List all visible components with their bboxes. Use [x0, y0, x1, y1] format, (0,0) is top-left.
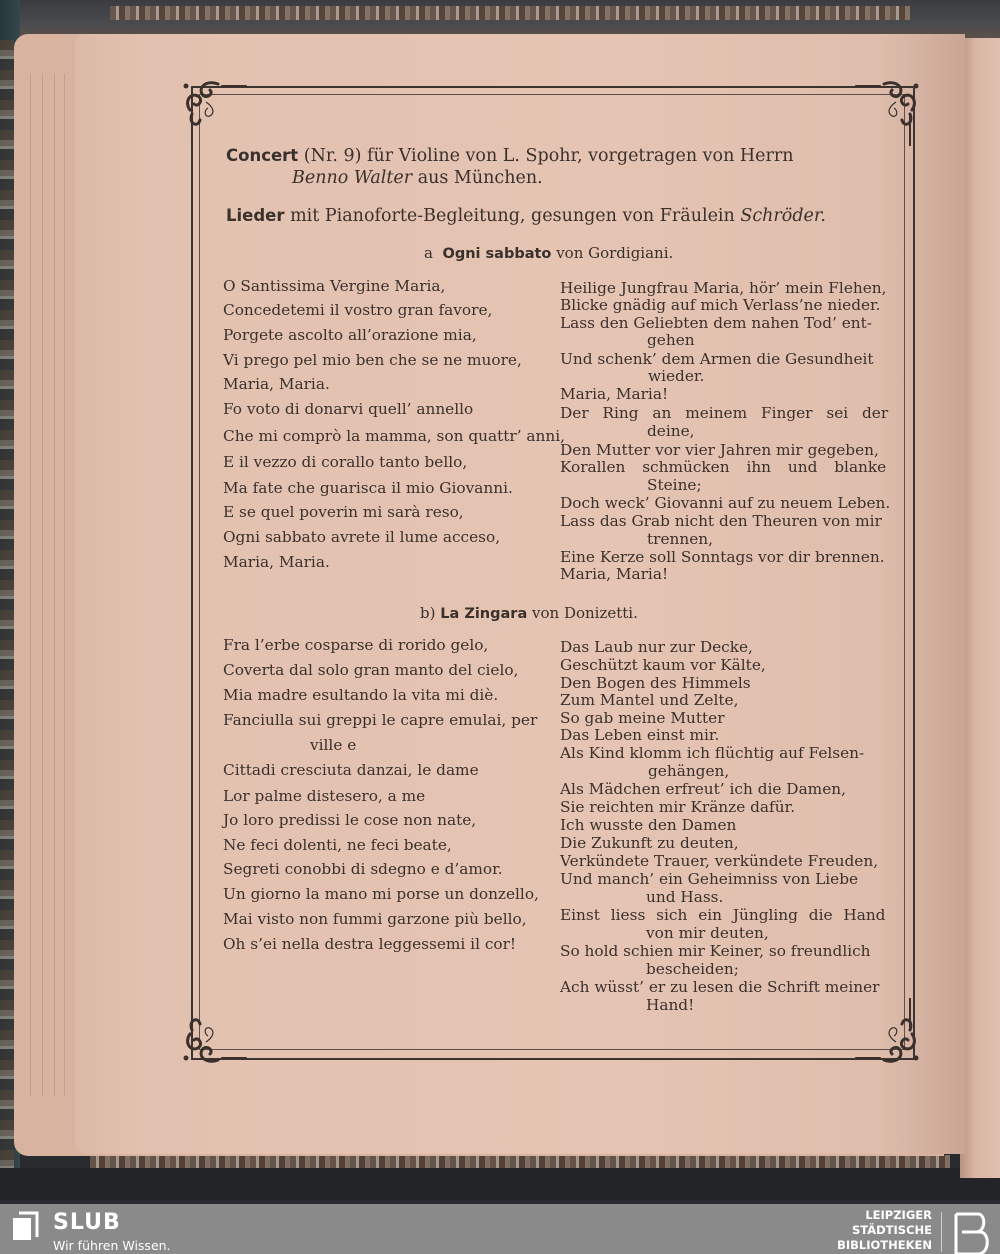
concert-text: (Nr. 9) für Violine von L. Spohr, vorget…: [304, 146, 794, 166]
verse-line: Eine Kerze soll Sonntags vor dir brennen…: [560, 550, 885, 565]
verse-line: Heilige Jungfrau Maria, hör’ mein Flehen…: [560, 281, 887, 296]
verse-line: Und schenk’ dem Armen die Gesundheit: [560, 352, 874, 367]
corner-ornament-icon: [178, 76, 248, 146]
slub-tagline: Wir führen Wissen.: [53, 1238, 171, 1253]
verse-line: Fo voto di donarvi quell’ annello: [223, 402, 473, 417]
verse-line: O Santissima Vergine Maria,: [223, 279, 445, 294]
lieder-text: mit Pianoforte-Begleitung, gesungen von …: [290, 206, 735, 226]
concert-label: Concert: [226, 146, 298, 165]
verse-line: Segreti conobbi di sdegno e d’amor.: [223, 862, 503, 877]
song-b-composer: von Donizetti.: [532, 604, 638, 622]
verse-line: Coverta dal solo gran manto del cielo,: [223, 663, 518, 678]
verse-line: Fra l’erbe cosparse di rorido gelo,: [223, 638, 488, 653]
verse-line: und Hass.: [646, 890, 723, 905]
page-edge-line: [54, 74, 55, 1096]
verse-line: Der Ring an meinem Finger sei der: [560, 406, 888, 421]
verse-line: Den Mutter vor vier Jahren mir gegeben,: [560, 443, 879, 458]
verse-line: Fanciulla sui greppi le capre emulai, pe…: [223, 713, 537, 728]
lieder-heading: Lieder mit Pianoforte-Begleitung, gesung…: [226, 208, 826, 226]
brand-line: LEIPZIGER: [837, 1208, 932, 1223]
verse-line: Maria, Maria.: [223, 555, 330, 570]
song-a-composer: von Gordigiani.: [556, 244, 673, 262]
song-a-heading: a Ogni sabbato von Gordigiani.: [424, 246, 673, 262]
corner-ornament-icon: [178, 998, 248, 1068]
footer-bar: SLUB Wir führen Wissen. LEIPZIGER STÄDTI…: [0, 1204, 1000, 1254]
slub-brand[interactable]: SLUB: [53, 1210, 121, 1235]
marbled-edge-top: [110, 6, 910, 20]
verse-line: Lor palme distesero, a me: [223, 789, 425, 804]
verse-line: Porgete ascolto all’orazione mia,: [223, 328, 477, 343]
concert-performer-line: Benno Walter aus München.: [292, 170, 543, 188]
song-a-marker: a: [424, 244, 433, 262]
verse-line: Concedetemi il vostro gran favore,: [223, 303, 492, 318]
verse-line: wieder.: [648, 369, 704, 384]
verse-line: Un giorno la mano mi porse un donzello,: [223, 887, 539, 902]
page-edge-line: [42, 74, 43, 1096]
lieder-label: Lieder: [226, 206, 285, 225]
verse-line: Mia madre esultando la vita mi diè.: [223, 688, 498, 703]
verse-line: So gab meine Mutter: [560, 711, 725, 726]
verse-line: Maria, Maria!: [560, 387, 668, 402]
verse-line: Korallen schmücken ihn und blanke: [560, 460, 886, 475]
verse-line: von mir deuten,: [646, 926, 769, 941]
verse-line: Geschützt kaum vor Kälte,: [560, 658, 766, 673]
verse-line: So hold schien mir Keiner, so freundlich: [560, 944, 871, 959]
verse-line: Das Laub nur zur Decke,: [560, 640, 753, 655]
verse-line: Che mi comprò la mamma, son quattr’ anni…: [223, 429, 565, 444]
verse-line: deine,: [647, 424, 695, 439]
verse-line: E se quel poverin mi sarà reso,: [223, 505, 464, 520]
verse-line: Sie reichten mir Kränze dafür.: [560, 800, 795, 815]
verse-line: Ne feci dolenti, ne feci beate,: [223, 838, 452, 853]
verse-line: Vi prego pel mio ben che se ne muore,: [223, 353, 522, 368]
verse-line: Als Mädchen erfreut’ ich die Damen,: [560, 782, 846, 797]
verse-line: Als Kind klomm ich flüchtig auf Felsen-: [560, 746, 864, 761]
page-edge-line: [30, 74, 31, 1096]
verse-line: Ma fate che guarisca il mio Giovanni.: [223, 481, 513, 496]
facing-page-edge: [960, 38, 1000, 1178]
verse-line: Mai visto non fummi garzone più bello,: [223, 912, 527, 927]
verse-line: Lass den Geliebten dem nahen Tod’ ent-: [560, 316, 872, 331]
concert-heading: Concert (Nr. 9) für Violine von L. Spohr…: [226, 148, 876, 166]
verse-line: Steine;: [647, 478, 702, 493]
footer-divider: [941, 1212, 942, 1252]
singer-name: Schröder.: [740, 206, 826, 226]
verse-line: E il vezzo di corallo tanto bello,: [223, 455, 467, 470]
verse-line: Blicke gnädig auf mich Verlass’ne nieder…: [560, 298, 881, 313]
performer-origin: aus München.: [418, 168, 543, 188]
page-edge-line: [64, 74, 65, 1096]
verse-line: Zum Mantel und Zelte,: [560, 693, 738, 708]
brand-line: STÄDTISCHE: [837, 1223, 932, 1238]
verse-line: Maria, Maria!: [560, 567, 668, 582]
verse-line: gehängen,: [648, 764, 729, 779]
book-cover-bottom: [0, 1168, 1000, 1200]
verse-line: Ogni sabbato avrete il lume acceso,: [223, 530, 500, 545]
verse-line: Verkündete Trauer, verkündete Freuden,: [560, 854, 878, 869]
verse-line: Oh s’ei nella destra leggessemi il cor!: [223, 937, 516, 952]
verse-line: bescheiden;: [646, 962, 739, 977]
verse-line: Die Zukunft zu deuten,: [560, 836, 739, 851]
verse-line: Ach wüsst’ er zu lesen die Schrift meine…: [560, 980, 879, 995]
verse-line: Lass das Grab nicht den Theuren von mir: [560, 514, 882, 529]
verse-line: trennen,: [647, 532, 713, 547]
brand-line: BIBLIOTHEKEN: [837, 1238, 932, 1253]
verse-line: Doch weck’ Giovanni auf zu neuem Leben.: [560, 496, 890, 511]
verse-line: Das Leben einst mir.: [560, 728, 719, 743]
corner-ornament-icon: [854, 998, 924, 1068]
song-b-marker: b): [420, 604, 435, 622]
marbled-edge-left: [0, 40, 14, 1190]
verse-line: Und manch’ ein Geheimniss von Liebe: [560, 872, 858, 887]
leipzig-library-brand[interactable]: LEIPZIGER STÄDTISCHE BIBLIOTHEKEN: [837, 1208, 932, 1253]
verse-line: Maria, Maria.: [223, 377, 330, 392]
marbled-edge-bottom: [90, 1155, 950, 1169]
verse-line: ville e: [310, 738, 356, 753]
corner-ornament-icon: [854, 76, 924, 146]
verse-line: gehen: [647, 333, 695, 348]
leipzig-library-logo-icon[interactable]: [952, 1210, 992, 1254]
verse-line: Den Bogen des Himmels: [560, 676, 751, 691]
song-b-heading: b) La Zingara von Donizetti.: [420, 606, 638, 622]
verse-line: Einst liess sich ein Jüngling die Hand: [560, 908, 885, 923]
performer-name: Benno Walter: [292, 168, 412, 188]
verse-line: Jo loro predissi le cose non nate,: [223, 813, 476, 828]
verse-line: Hand!: [646, 998, 694, 1013]
verse-line: Ich wusste den Damen: [560, 818, 736, 833]
song-b-title: La Zingara: [440, 606, 527, 622]
slub-logo-icon[interactable]: [12, 1211, 42, 1241]
verse-line: Cittadi cresciuta danzai, le dame: [223, 763, 479, 778]
song-a-title: Ogni sabbato: [443, 246, 552, 262]
